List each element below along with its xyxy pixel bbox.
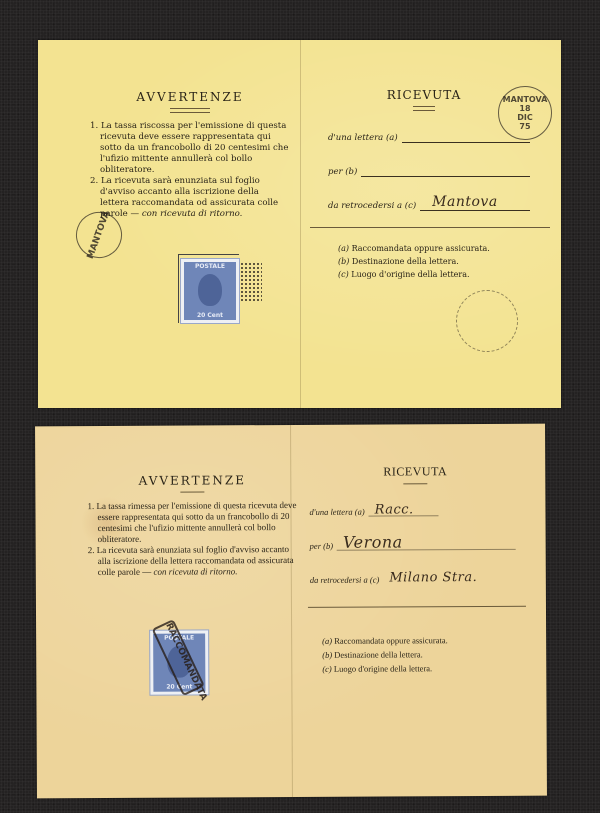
handwritten-value: Racc. <box>375 502 414 517</box>
legend-key: (a) <box>322 636 332 646</box>
ricevuta-title: RICEVUTA <box>315 464 515 480</box>
postmark-month: DIC <box>517 113 533 122</box>
legend-key: (b) <box>322 650 332 660</box>
field-label: d'una lettera (a) <box>328 133 398 143</box>
field-return-to: da retrocedersi a (c) Mantova <box>328 187 530 211</box>
legend-text: Luogo d'origine della lettera. <box>334 663 432 674</box>
note-text: La tassa rimessa per l'emissione di ques… <box>96 500 296 544</box>
postmark-town: MANTOVA <box>503 95 548 104</box>
legend-item: (b) Destinazione della lettera. <box>322 647 516 662</box>
note-item: 2. La ricevuta sarà enunziata sul foglio… <box>88 544 298 578</box>
stamp-top-text: POSTALE <box>184 263 236 270</box>
field-line[interactable]: Mantova <box>420 198 530 211</box>
legend-text: Destinazione della lettera. <box>334 649 423 659</box>
note-italic-tail: con ricevuta di ritorno. <box>142 209 243 219</box>
field-line[interactable]: Verona <box>337 537 516 551</box>
note-italic-tail: con ricevuta di ritorno. <box>154 566 238 576</box>
field-letter-type: d'una lettera (a) Racc. <box>309 492 515 517</box>
title-rule <box>413 106 435 111</box>
legend-key: (b) <box>338 257 349 266</box>
field-destination: per (b) Verona <box>310 526 516 551</box>
note-number: 1. <box>90 121 98 131</box>
legend: (a) Raccomandata oppure assicurata. (b) … <box>322 633 516 676</box>
avvertenze-title: AVVERTENZE <box>90 90 290 104</box>
handwritten-value: Milano Stra. <box>389 570 477 585</box>
king-portrait <box>198 274 222 306</box>
legend-key: (c) <box>338 270 349 279</box>
note-text: La tassa riscossa per l'emissione di que… <box>100 121 288 175</box>
note-item: 1. La tassa rimessa per l'emissione di q… <box>87 500 297 545</box>
field-label: per (b) <box>328 167 357 177</box>
field-line[interactable] <box>361 164 530 177</box>
avvertenze-title: AVVERTENZE <box>87 473 297 488</box>
fold-line <box>300 40 301 408</box>
legend-text: Luogo d'origine della lettera. <box>351 270 469 279</box>
note-number: 1. <box>87 501 94 511</box>
title-rule <box>180 491 204 492</box>
postmark-text: MANTOVA <box>86 210 113 261</box>
legend-text: Raccomandata oppure assicurata. <box>334 635 448 646</box>
postmark-faded <box>456 290 518 352</box>
field-destination: per (b) <box>328 153 530 177</box>
section-divider <box>310 227 550 228</box>
legend-item: (a) Raccomandata oppure assicurata. <box>322 633 516 648</box>
legend: (a) Raccomandata oppure assicurata. (b) … <box>338 242 530 281</box>
notes-list: 1. La tassa riscossa per l'emissione di … <box>90 121 290 220</box>
legend-key: (a) <box>338 244 349 253</box>
avvertenze-panel: AVVERTENZE 1. La tassa riscossa per l'em… <box>90 90 290 220</box>
postmark-mantova-date: MANTOVA 18 DIC 75 <box>498 86 552 140</box>
stamp-value: 20 Cent <box>184 312 236 319</box>
title-rule <box>403 483 427 484</box>
ricevuta-panel: RICEVUTA d'una lettera (a) Racc. per (b)… <box>315 464 516 676</box>
notes-list: 1. La tassa rimessa per l'emissione di q… <box>87 500 297 578</box>
postage-stamp: POSTALE 20 Cent <box>181 259 239 323</box>
postmark-year: 75 <box>519 122 530 131</box>
legend-item: (b) Destinazione della lettera. <box>338 255 530 268</box>
field-line[interactable]: Racc. <box>369 503 439 516</box>
handwritten-value: Verona <box>343 532 403 551</box>
field-label: d'una lettera (a) <box>309 507 364 517</box>
ricevuta-title: RICEVUTA <box>318 88 530 102</box>
field-label: per (b) <box>310 541 333 551</box>
receipt-form-top: AVVERTENZE 1. La tassa riscossa per l'em… <box>38 40 561 408</box>
field-label: da retrocedersi a (c) <box>310 575 380 585</box>
legend-key: (c) <box>322 664 331 674</box>
postmark-day: 18 <box>519 104 530 113</box>
field-line[interactable]: Milano Stra. <box>383 571 516 585</box>
avvertenze-panel: AVVERTENZE 1. La tassa rimessa per l'emi… <box>87 473 298 578</box>
note-item: 1. La tassa riscossa per l'emissione di … <box>90 121 290 176</box>
legend-item: (c) Luogo d'origine della lettera. <box>322 661 516 676</box>
dotted-cancellation <box>240 262 262 302</box>
legend-text: Destinazione della lettera. <box>352 257 459 266</box>
handwritten-value: Mantova <box>432 194 498 210</box>
note-item: 2. La ricevuta sarà enunziata sul foglio… <box>90 176 290 220</box>
note-number: 2. <box>90 176 98 186</box>
section-divider <box>308 606 526 608</box>
note-number: 2. <box>88 545 95 555</box>
field-label: da retrocedersi a (c) <box>328 201 416 211</box>
legend-item: (c) Luogo d'origine della lettera. <box>338 268 530 281</box>
title-rule <box>170 108 210 113</box>
field-return-to: da retrocedersi a (c) Milano Stra. <box>310 560 516 585</box>
legend-text: Raccomandata oppure assicurata. <box>352 244 490 253</box>
legend-item: (a) Raccomandata oppure assicurata. <box>338 242 530 255</box>
receipt-form-bottom: AVVERTENZE 1. La tassa rimessa per l'emi… <box>35 424 547 799</box>
